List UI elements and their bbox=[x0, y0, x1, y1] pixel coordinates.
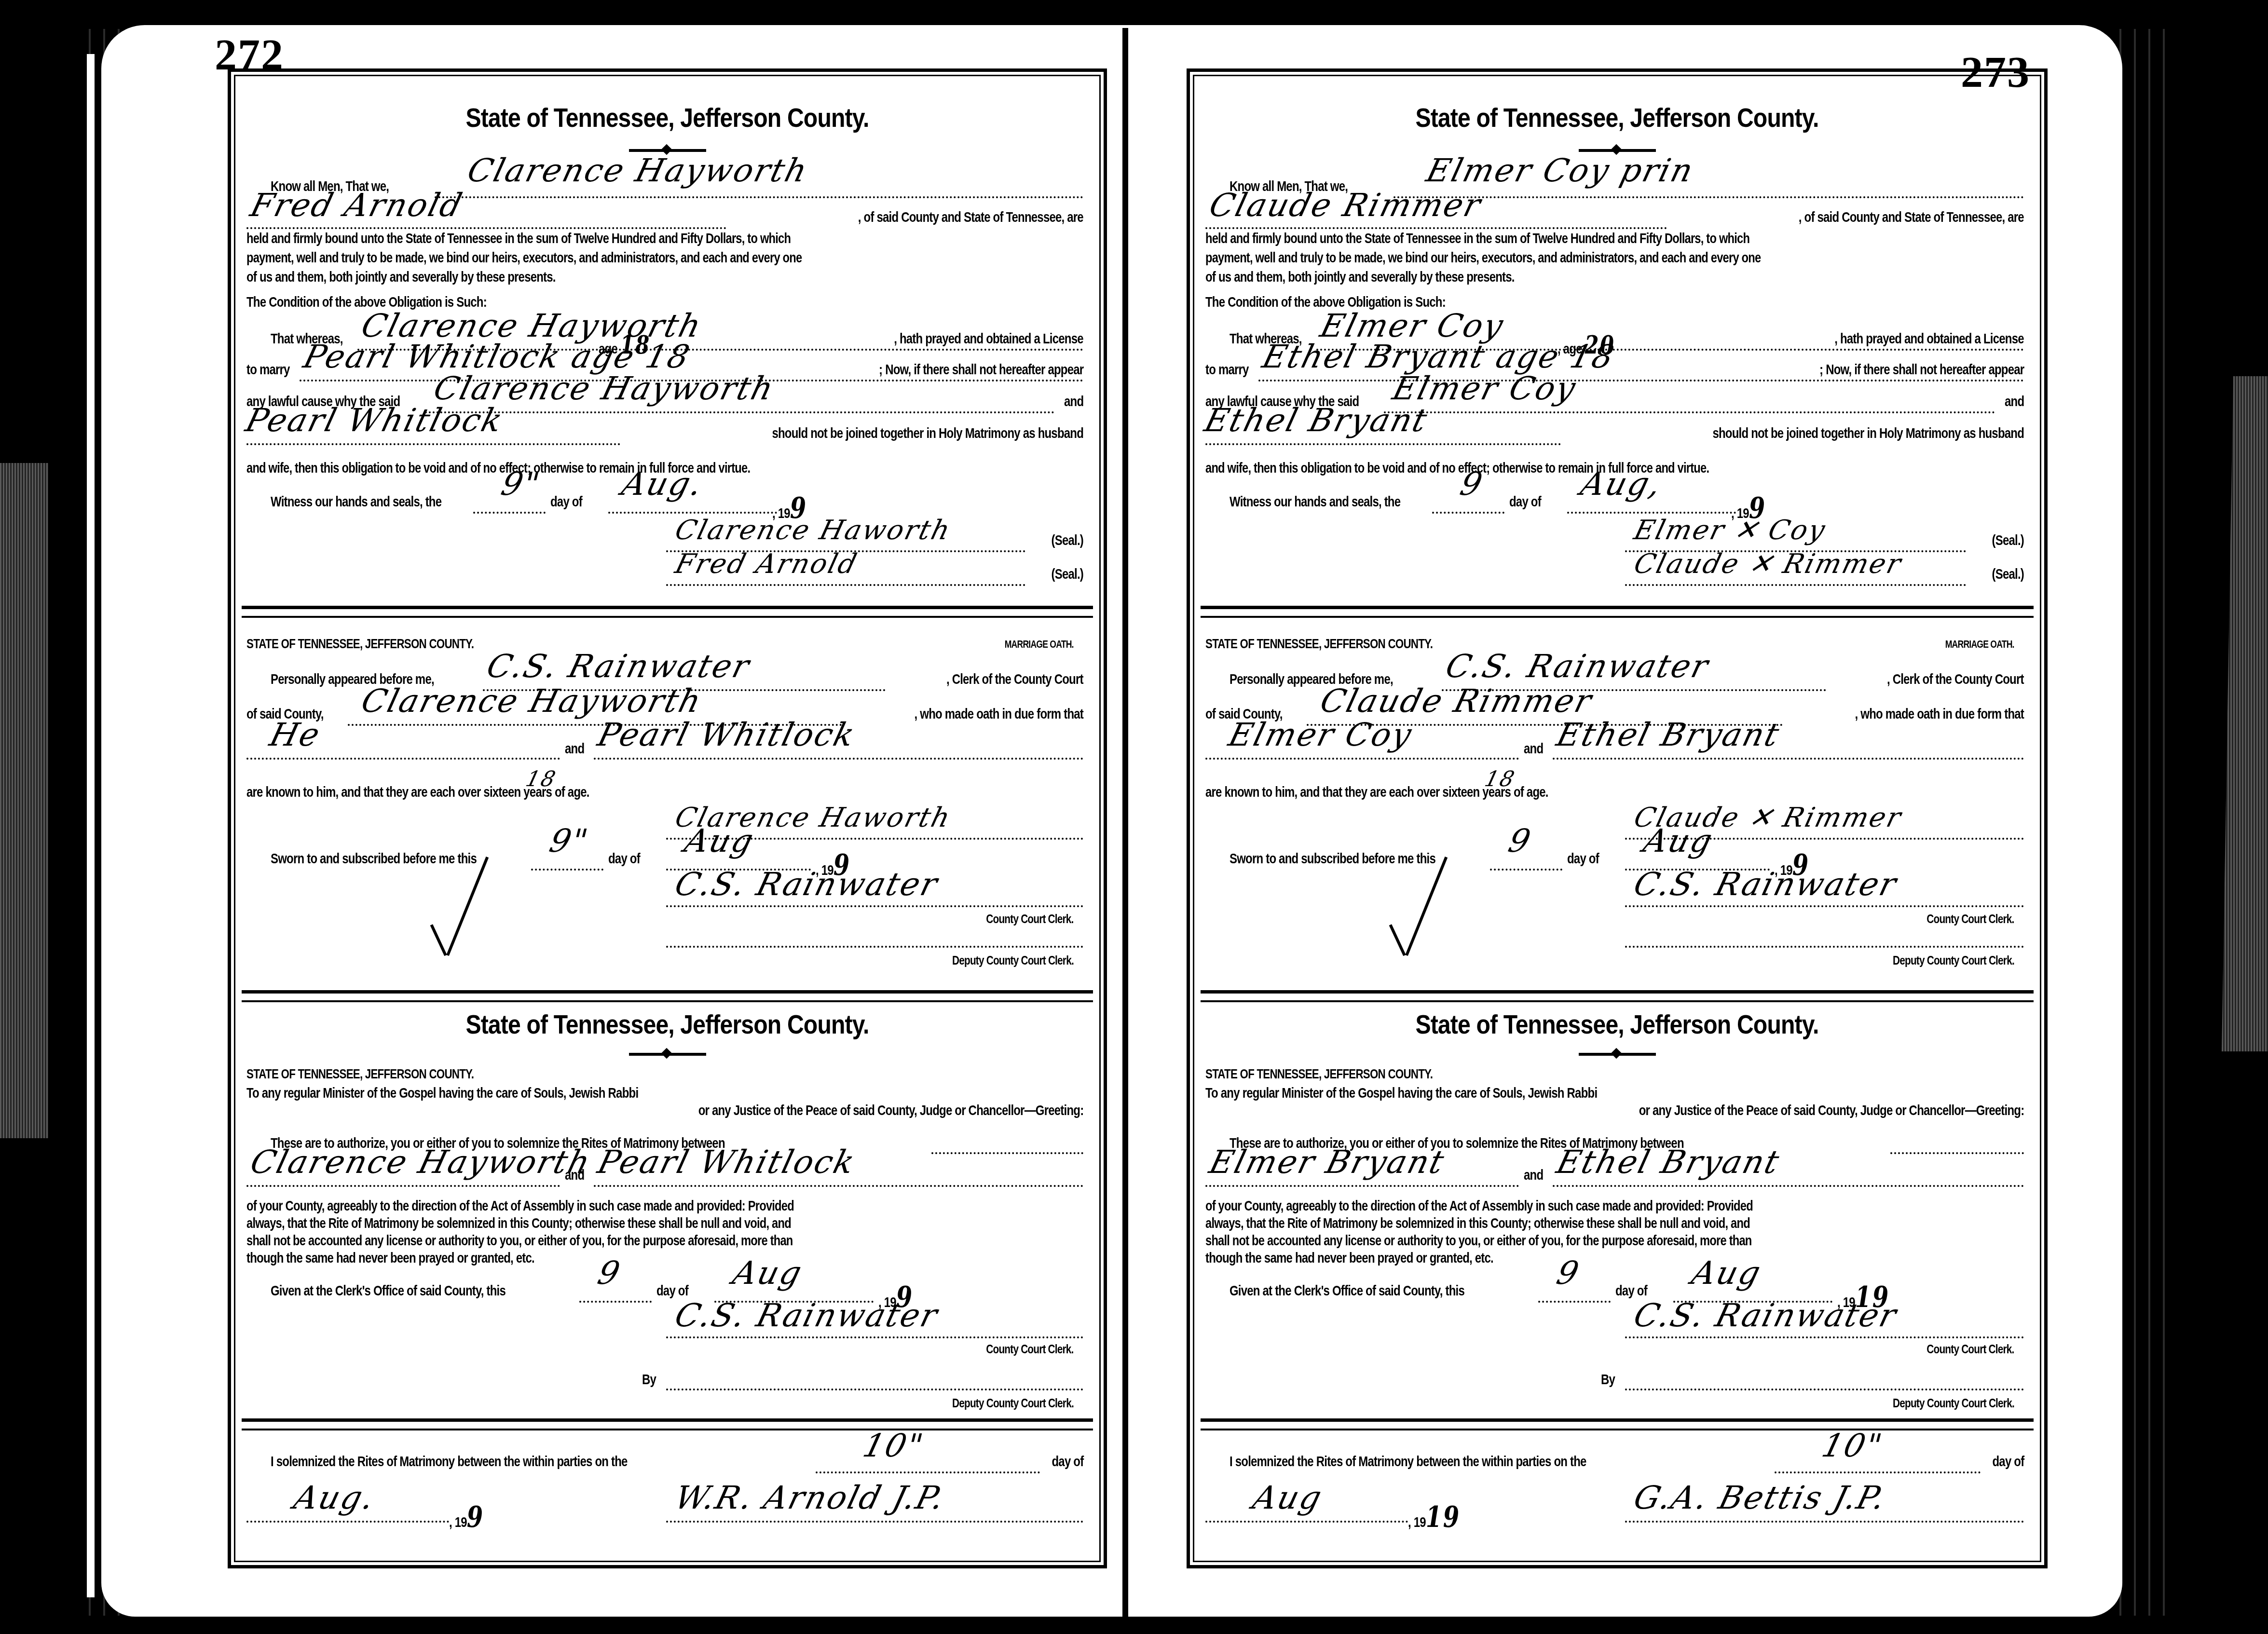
party-1-line bbox=[1205, 758, 1519, 760]
sworn-day-handwriting: 9" bbox=[547, 825, 592, 857]
deputy-by-line bbox=[666, 1389, 1083, 1390]
bond-body-2: payment, well and truly to be made, we b… bbox=[246, 248, 802, 268]
signature-2-handwriting: Fred Arnold bbox=[672, 548, 861, 580]
groom-handwriting: Clarence Hayworth bbox=[358, 310, 706, 342]
and-label: and bbox=[2005, 392, 2024, 411]
officiant-handwriting: W.R. Arnold J.P. bbox=[672, 1482, 949, 1514]
to-marry-label: to marry bbox=[246, 360, 290, 380]
signature-1-handwriting: Clarence Haworth bbox=[672, 515, 955, 546]
solemnized-text: I solemnized the Rites of Matrimony betw… bbox=[1230, 1452, 1586, 1471]
license-body-2: always, that the Rite of Matrimony be so… bbox=[246, 1214, 791, 1233]
groom-again-line bbox=[425, 411, 1054, 413]
party-1-line bbox=[246, 758, 560, 760]
oath-and-label: and bbox=[1524, 739, 1543, 759]
bride-again-handwriting: Pearl Whitlock bbox=[243, 405, 507, 436]
return-year-handwriting: 9 bbox=[467, 1500, 484, 1534]
sworn-day-of-label: day of bbox=[608, 849, 640, 869]
return-day-handwriting: 10" bbox=[860, 1430, 928, 1462]
sworn-day-of-label: day of bbox=[1567, 849, 1599, 869]
seal-1-label: (Seal.) bbox=[1992, 531, 2024, 550]
license-authorize-line bbox=[931, 1152, 1083, 1154]
signature-2-line bbox=[1625, 584, 1966, 586]
return-month-line bbox=[246, 1521, 449, 1523]
sworn-day-handwriting: 9 bbox=[1505, 825, 1535, 857]
not-joined-text: should not be joined together in Holy Ma… bbox=[1712, 424, 2024, 443]
license-clerk-signature-handwriting: C.S. Rainwater bbox=[1631, 1300, 1901, 1332]
oath-label: MARRIAGE OATH. bbox=[1005, 638, 1074, 651]
officiant-handwriting: G.A. Bettis J.P. bbox=[1631, 1482, 1889, 1514]
license-text: , hath prayed and obtained a License bbox=[894, 329, 1083, 349]
given-day-handwriting: 9 bbox=[1554, 1257, 1583, 1289]
witness-day-handwriting: 9" bbox=[498, 468, 544, 500]
witness-day-of-label: day of bbox=[550, 492, 582, 512]
return-day-line bbox=[1775, 1471, 1981, 1473]
seal-2-label: (Seal.) bbox=[1992, 565, 2024, 584]
bride-line bbox=[1258, 380, 2024, 381]
surety-handwriting: Fred Arnold bbox=[247, 190, 466, 221]
given-month-handwriting: Aug bbox=[730, 1257, 806, 1289]
now-text: ; Now, if there shall not hereafter appe… bbox=[1819, 360, 2024, 380]
license-authorize-line bbox=[1890, 1152, 2024, 1154]
license-deputy-title: Deputy County Court Clerk. bbox=[1893, 1393, 2014, 1413]
clerk-text: , Clerk of the County Court bbox=[946, 670, 1083, 689]
return-day-line bbox=[816, 1471, 1040, 1473]
bride-again-handwriting: Ethel Bryant bbox=[1202, 405, 1432, 436]
license-title: State of Tennessee, Jefferson County. bbox=[301, 1008, 1034, 1040]
license-heading: STATE OF TENNESSEE, JEFFERSON COUNTY. bbox=[246, 1066, 474, 1082]
solemnized-text: I solemnized the Rites of Matrimony betw… bbox=[271, 1452, 628, 1471]
principals-handwriting: Elmer Coy prin bbox=[1423, 155, 1697, 187]
oath-and-label: and bbox=[565, 739, 584, 759]
witness-label: Witness our hands and seals, the bbox=[271, 492, 441, 512]
license-and-label: and bbox=[1524, 1166, 1543, 1185]
license-clerk-line bbox=[666, 1336, 1083, 1338]
title-ornament bbox=[1579, 1053, 1656, 1056]
license-and-label: and bbox=[565, 1166, 584, 1185]
sworn-day-line bbox=[1490, 869, 1562, 871]
given-day-handwriting: 9 bbox=[595, 1257, 624, 1289]
license-party-2-handwriting: Ethel Bryant bbox=[1554, 1146, 1784, 1178]
witness-month-handwriting: Aug. bbox=[619, 468, 707, 500]
clerk-text: , Clerk of the County Court bbox=[1887, 670, 2024, 689]
license-party-1-handwriting: Elmer Bryant bbox=[1206, 1146, 1448, 1178]
witness-day-line bbox=[473, 512, 546, 514]
return-day-handwriting: 10" bbox=[1819, 1430, 1886, 1462]
witness-month-handwriting: Aug, bbox=[1578, 468, 1666, 500]
given-day-line bbox=[579, 1301, 652, 1303]
license-text: , hath prayed and obtained a License bbox=[1834, 329, 2024, 349]
check-mark-icon bbox=[444, 854, 488, 955]
license-body-4: though the same had never been prayed or… bbox=[1205, 1249, 1493, 1268]
witness-day-of-label: day of bbox=[1509, 492, 1541, 512]
license-party-1-handwriting: Clarence Hayworth bbox=[247, 1146, 595, 1178]
register-page-273: State of Tennessee, Jefferson County. Kn… bbox=[1187, 68, 2048, 1568]
return-month-line bbox=[1205, 1521, 1408, 1523]
given-label: Given at the Clerk's Office of said Coun… bbox=[1230, 1281, 1464, 1301]
license-body-1: of your County, agreeably to the directi… bbox=[1205, 1197, 1753, 1216]
signature-2-handwriting: Claude ✕ Rimmer bbox=[1631, 548, 1905, 580]
not-joined-text: should not be joined together in Holy Ma… bbox=[772, 424, 1083, 443]
officiant-line bbox=[666, 1521, 1083, 1523]
surety-handwriting: Claude Rimmer bbox=[1206, 190, 1485, 221]
bond-body-1: held and firmly bound unto the State of … bbox=[1205, 229, 1749, 248]
sworn-month-handwriting: Aug bbox=[1640, 825, 1717, 857]
license-clerk-title: County Court Clerk. bbox=[1927, 1339, 2014, 1359]
license-body-1: of your County, agreeably to the directi… bbox=[246, 1197, 794, 1216]
bond-title: State of Tennessee, Jefferson County. bbox=[301, 102, 1034, 133]
return-month-handwriting: Aug bbox=[1250, 1482, 1326, 1514]
principals-handwriting: Clarence Hayworth bbox=[465, 155, 812, 187]
deputy-title: Deputy County Court Clerk. bbox=[952, 951, 1074, 970]
license-body-2: always, that the Rite of Matrimony be so… bbox=[1205, 1214, 1750, 1233]
minister-return-section: I solemnized the Rites of Matrimony betw… bbox=[1201, 1428, 2034, 1553]
officiant-line bbox=[1625, 1521, 2024, 1523]
return-month-handwriting: Aug. bbox=[291, 1482, 379, 1514]
bride-handwriting: Pearl Whitlock age 18 bbox=[301, 341, 694, 373]
bond-county-text: , of said County and State of Tennessee,… bbox=[1799, 208, 2024, 227]
oath-heading: STATE OF TENNESSEE, JEFFERSON COUNTY. bbox=[1205, 636, 1433, 652]
license-body-3: shall not be accounted any license or au… bbox=[246, 1231, 793, 1251]
address-2: or any Justice of the Peace of said Coun… bbox=[698, 1101, 1083, 1120]
return-year: , 1919 bbox=[1408, 1501, 1460, 1533]
license-party-1-line bbox=[246, 1185, 560, 1187]
title-ornament bbox=[629, 1053, 706, 1056]
party-1-handwriting: Elmer Coy bbox=[1226, 719, 1416, 751]
signature-2-line bbox=[666, 584, 1025, 586]
clerk-signature-line bbox=[666, 905, 1083, 907]
witness-month-line bbox=[1567, 512, 1736, 514]
return-day-of-label: day of bbox=[1052, 1452, 1083, 1471]
clerk-signature-line bbox=[1625, 905, 2024, 907]
oath-heading: STATE OF TENNESSEE, JEFFERSON COUNTY. bbox=[246, 636, 474, 652]
return-day-of-label: day of bbox=[1992, 1452, 2024, 1471]
license-clerk-line bbox=[1625, 1336, 2024, 1338]
license-clerk-signature-handwriting: C.S. Rainwater bbox=[672, 1300, 942, 1332]
license-party-2-line bbox=[1553, 1185, 2024, 1187]
return-year-handwriting: 19 bbox=[1426, 1500, 1461, 1534]
oath-text: , who made oath in due form that bbox=[1855, 705, 2024, 724]
to-marry-label: to marry bbox=[1205, 360, 1249, 380]
groom-handwriting: Elmer Coy bbox=[1317, 310, 1507, 342]
license-party-1-line bbox=[1205, 1185, 1519, 1187]
clerk-signature-handwriting: C.S. Rainwater bbox=[1631, 869, 1901, 900]
book-gutter bbox=[1122, 28, 1128, 1620]
signature-1-handwriting: Elmer ✕ Coy bbox=[1631, 515, 1830, 546]
deputy-title: Deputy County Court Clerk. bbox=[1893, 951, 2014, 970]
party-1-handwriting: He bbox=[267, 719, 324, 751]
license-deputy-title: Deputy County Court Clerk. bbox=[952, 1393, 1074, 1413]
sworn-day-line bbox=[531, 869, 603, 871]
license-party-2-line bbox=[594, 1185, 1083, 1187]
party-2-line bbox=[1553, 758, 2024, 760]
address-2: or any Justice of the Peace of said Coun… bbox=[1639, 1101, 2024, 1120]
return-year: , 199 bbox=[449, 1501, 484, 1533]
now-text: ; Now, if there shall not hereafter appe… bbox=[879, 360, 1083, 380]
witness-day-line bbox=[1432, 512, 1504, 514]
license-title: State of Tennessee, Jefferson County. bbox=[1259, 1008, 1975, 1040]
bond-county-text: , of said County and State of Tennessee,… bbox=[858, 208, 1083, 227]
groom-again-line bbox=[1384, 411, 1995, 413]
seal-2-label: (Seal.) bbox=[1052, 565, 1083, 584]
oath-label: MARRIAGE OATH. bbox=[1945, 638, 2014, 651]
marriage-oath-section: STATE OF TENNESSEE, JEFFERSON COUNTY. MA… bbox=[242, 613, 1093, 980]
check-mark-icon bbox=[1403, 854, 1447, 955]
groom-again-handwriting: Elmer Coy bbox=[1390, 373, 1580, 405]
witness-month-line bbox=[608, 512, 777, 514]
bond-title: State of Tennessee, Jefferson County. bbox=[1259, 102, 1975, 133]
license-body-3: shall not be accounted any license or au… bbox=[1205, 1231, 1752, 1251]
party-2-handwriting: Ethel Bryant bbox=[1554, 719, 1784, 751]
address-1: To any regular Minister of the Gospel ha… bbox=[246, 1084, 638, 1103]
oath-text: , who made oath in due form that bbox=[915, 705, 1083, 724]
witness-label: Witness our hands and seals, the bbox=[1230, 492, 1400, 512]
bride-again-line bbox=[246, 443, 620, 445]
address-1: To any regular Minister of the Gospel ha… bbox=[1205, 1084, 1597, 1103]
by-label: By bbox=[1601, 1370, 1615, 1389]
clerk-title: County Court Clerk. bbox=[986, 909, 1074, 928]
sworn-month-handwriting: Aug bbox=[682, 825, 758, 857]
license-clerk-title: County Court Clerk. bbox=[986, 1339, 1074, 1359]
clerk-name-handwriting: C.S. Rainwater bbox=[484, 651, 754, 682]
bond-body-1: held and firmly bound unto the State of … bbox=[246, 229, 791, 248]
party-2-line bbox=[594, 758, 1083, 760]
and-label: and bbox=[1064, 392, 1083, 411]
deputy-line bbox=[1625, 946, 2024, 948]
given-day-line bbox=[1538, 1301, 1611, 1303]
principals-line bbox=[1394, 196, 2024, 198]
minister-return-section: I solemnized the Rites of Matrimony betw… bbox=[242, 1428, 1093, 1553]
license-party-2-handwriting: Pearl Whitlock bbox=[595, 1146, 859, 1178]
license-body-4: though the same had never been prayed or… bbox=[246, 1249, 534, 1268]
bride-again-line bbox=[1205, 443, 1561, 445]
clerk-signature-handwriting: C.S. Rainwater bbox=[672, 869, 942, 900]
book-cover-cloth-right bbox=[2210, 376, 2268, 1051]
by-label: By bbox=[642, 1370, 656, 1389]
given-label: Given at the Clerk's Office of said Coun… bbox=[271, 1281, 506, 1301]
marriage-bond-section: State of Tennessee, Jefferson County. Kn… bbox=[1201, 82, 2034, 601]
clerk-name-handwriting: C.S. Rainwater bbox=[1443, 651, 1713, 682]
party-2-handwriting: Pearl Whitlock bbox=[595, 719, 859, 751]
groom-again-handwriting: Clarence Hayworth bbox=[431, 373, 778, 405]
bond-body-2: payment, well and truly to be made, we b… bbox=[1205, 248, 1761, 268]
deputy-line bbox=[666, 946, 1083, 948]
register-page-272: State of Tennessee, Jefferson County. Kn… bbox=[228, 68, 1107, 1568]
bond-body-3: of us and them, both jointly and several… bbox=[1205, 268, 1515, 287]
clerk-title: County Court Clerk. bbox=[1927, 909, 2014, 928]
bond-body-3: of us and them, both jointly and several… bbox=[246, 268, 556, 287]
given-month-handwriting: Aug bbox=[1689, 1257, 1765, 1289]
marriage-oath-section: STATE OF TENNESSEE, JEFFERSON COUNTY. MA… bbox=[1201, 613, 2034, 980]
affiant-handwriting: Claude Rimmer bbox=[1317, 685, 1596, 717]
deputy-by-line bbox=[1625, 1389, 2024, 1390]
book-cover-cloth-left bbox=[0, 463, 48, 1138]
seal-1-label: (Seal.) bbox=[1052, 531, 1083, 550]
affiant-handwriting: Clarence Hayworth bbox=[358, 685, 706, 717]
bride-handwriting: Ethel Bryant age 18 bbox=[1259, 341, 1618, 373]
license-heading: STATE OF TENNESSEE, JEFFERSON COUNTY. bbox=[1205, 1066, 1433, 1082]
principals-line bbox=[435, 196, 1083, 198]
marriage-bond-section: State of Tennessee, Jefferson County. Kn… bbox=[242, 82, 1093, 601]
